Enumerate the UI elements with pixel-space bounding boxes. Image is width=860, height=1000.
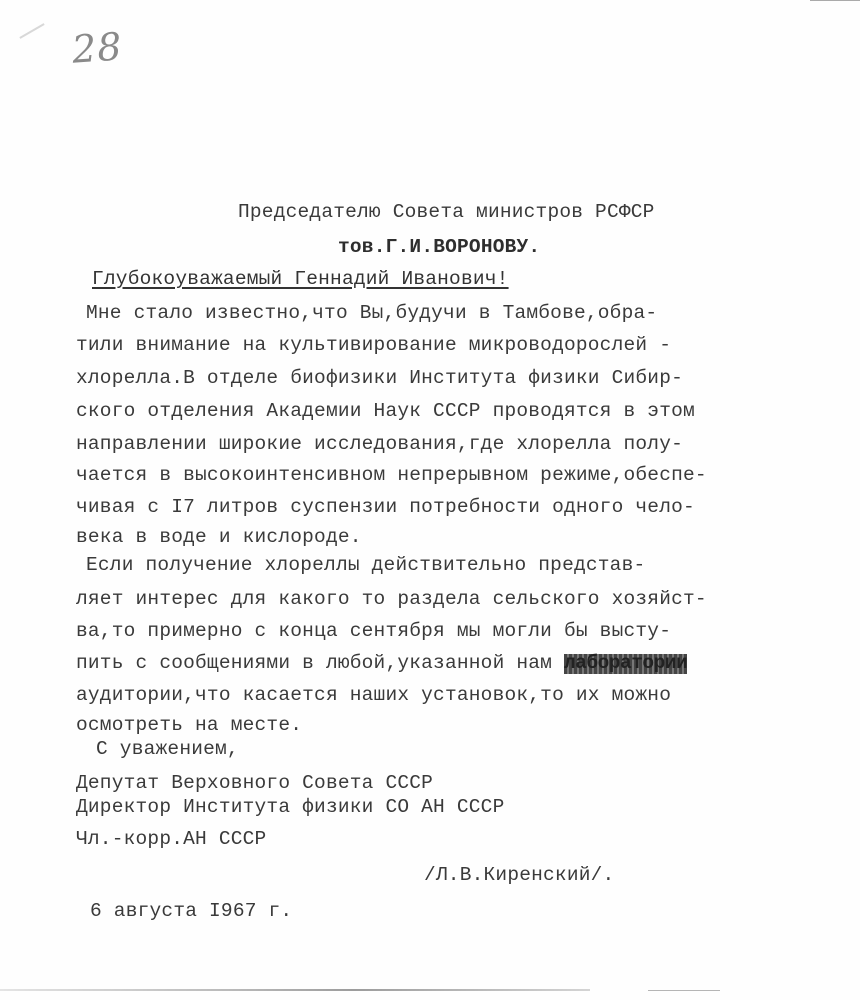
- scan-edge: [810, 0, 860, 1]
- addressee-line-1: Председателю Совета министров РСФСР: [238, 203, 655, 223]
- struck-out-word: лаборатории: [564, 654, 687, 674]
- paragraph-line: осмотреть на месте.: [76, 716, 302, 736]
- salutation: Глубокоуважаемый Геннадий Иванович!: [92, 270, 509, 290]
- closing: С уважением,: [96, 740, 239, 760]
- letter-date: 6 августа I967 г.: [90, 902, 292, 922]
- paragraph-line: ляет интерес для какого то раздела сельс…: [76, 590, 707, 610]
- paragraph-line: ского отделения Академии Наук СССР прово…: [76, 402, 695, 422]
- paragraph-line: Если получение хлореллы действительно пр…: [86, 556, 645, 576]
- paragraph-line: аудитории,что касается наших установок,т…: [76, 686, 671, 706]
- paragraph-line: направлении широкие исследования,где хло…: [76, 435, 683, 455]
- signatory-title: Директор Института физики СО АН СССР: [76, 798, 504, 818]
- document-page: 28 Председателю Совета министров РСФСР т…: [0, 0, 860, 1000]
- paragraph-line: чивая с I7 литров суспензии потребности …: [76, 498, 695, 518]
- page-number: 28: [71, 24, 124, 71]
- signature: /Л.В.Киренский/.: [424, 866, 614, 886]
- signatory-title: Депутат Верховного Совета СССР: [76, 774, 433, 794]
- addressee-line-2: тов.Г.И.ВОРОНОВУ.: [338, 238, 540, 258]
- paragraph-line: века в воде и кислороде.: [76, 528, 362, 548]
- paragraph-line: Мне стало известно,что Вы,будучи в Тамбо…: [86, 304, 657, 324]
- pencil-mark: [19, 23, 44, 39]
- paragraph-line: пить с сообщениями в любой,указанной нам…: [76, 654, 687, 674]
- signatory-title: Чл.-корр.АН СССР: [76, 830, 266, 850]
- paragraph-line: чается в высокоинтенсивном непрерывном р…: [76, 466, 707, 486]
- scan-edge-line: [0, 989, 590, 991]
- scan-edge-line: [648, 990, 720, 991]
- paragraph-line: тили внимание на культивирование микрово…: [76, 336, 671, 356]
- paragraph-line: хлорелла.В отделе биофизики Института фи…: [76, 369, 683, 389]
- paragraph-line: ва,то примерно с конца сентября мы могли…: [76, 622, 671, 642]
- paragraph-line-text: пить с сообщениями в любой,указанной нам: [76, 652, 564, 674]
